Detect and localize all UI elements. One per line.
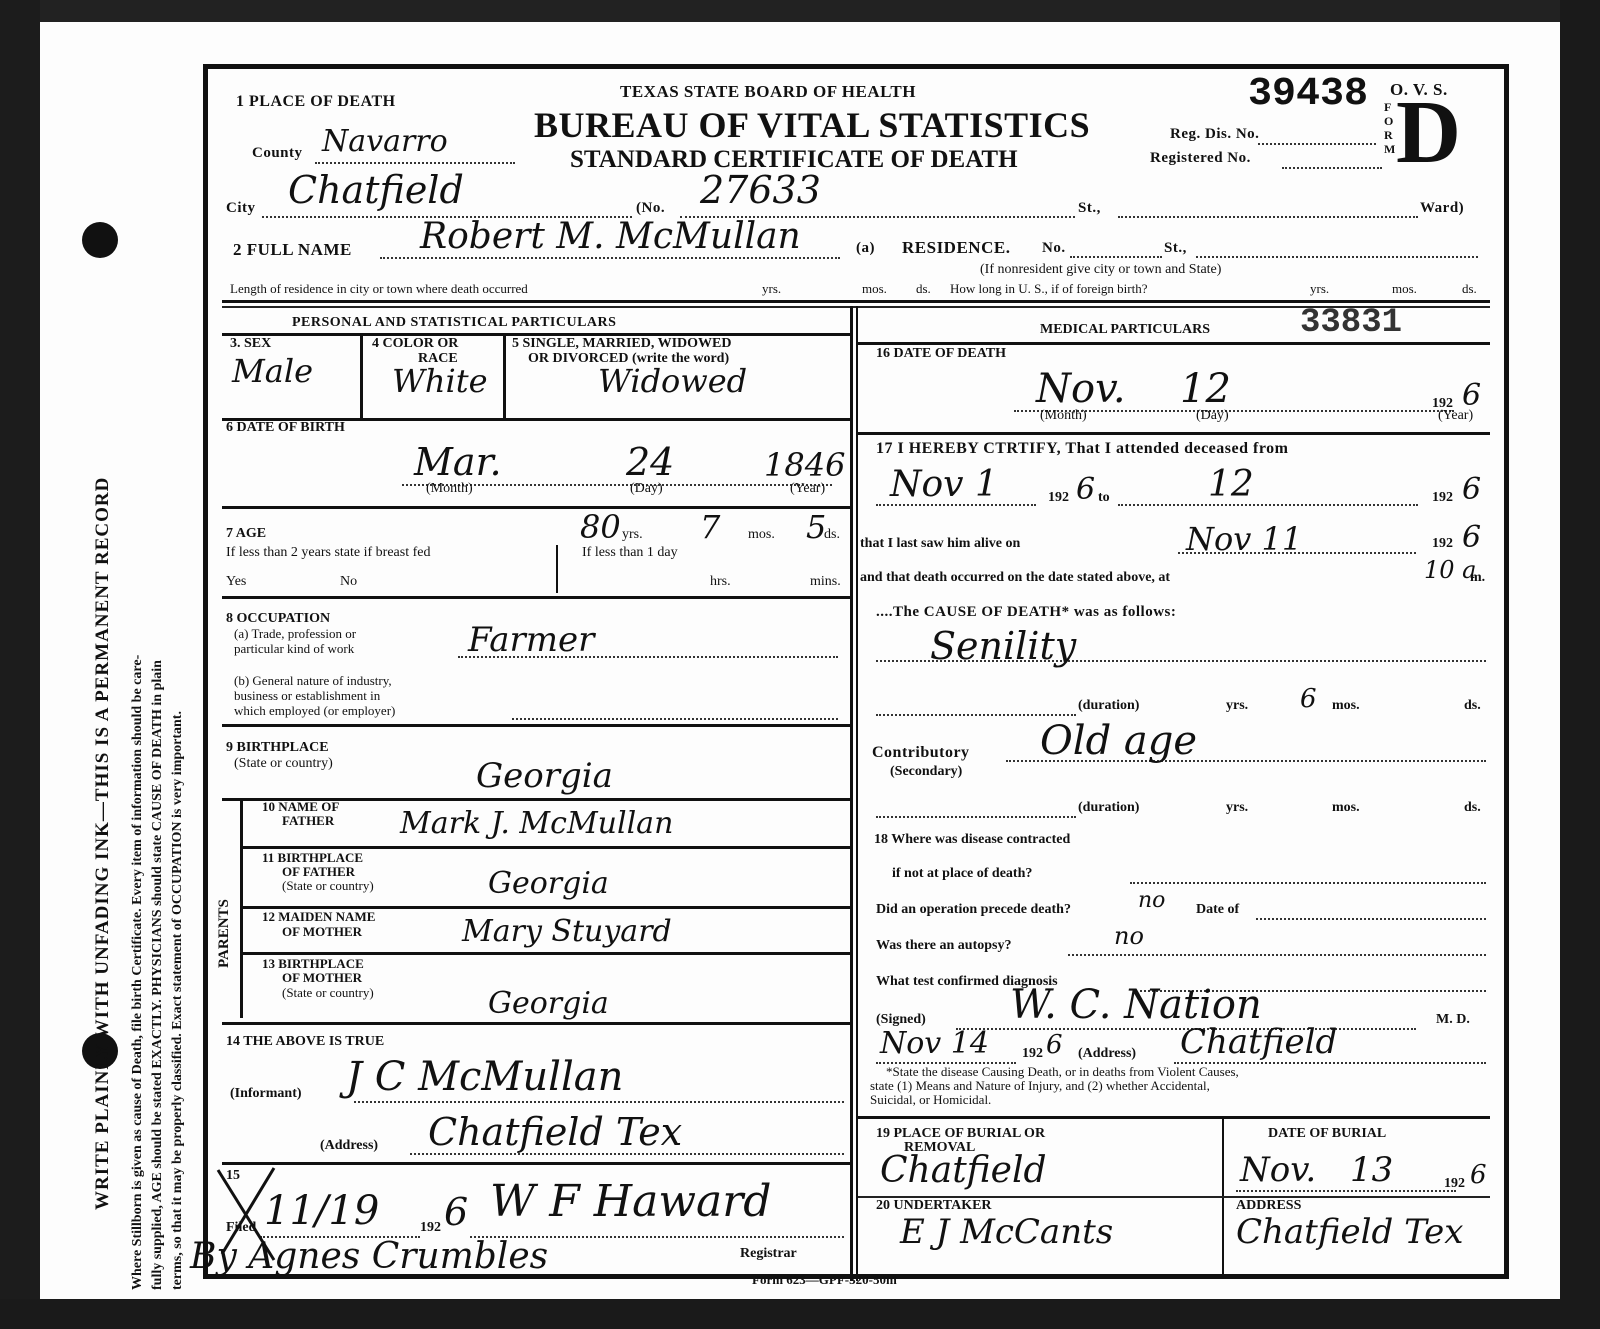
signed-year-prefix: 192 — [1022, 1046, 1043, 1062]
full-name-label: 2 FULL NAME — [233, 240, 352, 260]
death-certificate-scan: WRITE PLAINLY WITH UNFADING INK—THIS IS … — [0, 0, 1600, 1329]
reg-dis-line — [1258, 143, 1376, 145]
sex-value: Male — [232, 352, 313, 390]
yrs-label: yrs. — [1310, 281, 1329, 297]
burial-month: Nov. — [1240, 1150, 1316, 1190]
duration-ds-label-2: ds. — [1464, 800, 1481, 816]
mother-birthplace-label-2: OF MOTHER — [282, 970, 362, 986]
date-of-death-label: 16 DATE OF DEATH — [876, 346, 1006, 362]
duration-label-2: (duration) — [1078, 800, 1139, 816]
burial-divider — [1222, 1118, 1224, 1278]
marital-label: 5 SINGLE, MARRIED, WIDOWED — [512, 336, 732, 352]
industry-line — [512, 718, 838, 720]
column-divider — [856, 306, 858, 1281]
death-time-value: 10 a — [1424, 556, 1476, 584]
agency-title: TEXAS STATE BOARD OF HEALTH — [620, 82, 916, 102]
operation-date-label: Date of — [1196, 902, 1239, 918]
duration-mos-label-2: mos. — [1332, 800, 1360, 816]
death-day-caption: (Day) — [1196, 408, 1229, 424]
dob-label: 6 DATE OF BIRTH — [226, 420, 345, 436]
attended-to-line — [1118, 504, 1418, 506]
divider — [222, 596, 850, 599]
bureau-title: BUREAU OF VITAL STATISTICS — [534, 104, 1090, 146]
mos-label: mos. — [1392, 281, 1417, 297]
cause-of-death-label: ....The CAUSE OF DEATH* was as follows: — [876, 604, 1176, 621]
mother-name-label-2: OF MOTHER — [282, 924, 362, 940]
a-label: (a) — [856, 240, 875, 257]
duration-line — [876, 714, 1076, 716]
reg-dis-value: 39438 — [1248, 72, 1368, 117]
divider — [858, 342, 1490, 345]
registrar-signature: W F Haward — [490, 1176, 771, 1227]
undertaker-value: E J McCants — [900, 1212, 1113, 1252]
death-day: 12 — [1180, 366, 1231, 412]
personal-section-title: PERSONAL AND STATISTICAL PARTICULARS — [292, 315, 616, 331]
death-month: Nov. — [1036, 366, 1126, 412]
contributory-value: Old age — [1040, 718, 1197, 764]
occupation-value: Farmer — [468, 620, 594, 660]
divider — [858, 432, 1490, 435]
scan-border-top — [0, 0, 1600, 22]
mother-name-label: 12 MAIDEN NAME — [262, 909, 375, 925]
death-year-caption: (Year) — [1438, 408, 1473, 424]
occupation-a-label-2: particular kind of work — [234, 641, 354, 657]
sex-label: 3. SEX — [230, 336, 271, 352]
father-birthplace-value: Georgia — [488, 866, 609, 901]
race-value: White — [392, 362, 488, 400]
duration-label: (duration) — [1078, 698, 1139, 714]
burial-day: 13 — [1350, 1150, 1393, 1190]
burial-place-value: Chatfield — [880, 1150, 1047, 1191]
physician-address-label: (Address) — [1078, 1046, 1136, 1062]
industry-label: (b) General nature of industry, — [234, 673, 392, 689]
duration-line-2 — [876, 816, 1076, 818]
industry-label-3: which employed (or employer) — [234, 703, 395, 719]
divider — [222, 724, 850, 727]
father-name-label-2: FATHER — [282, 813, 334, 829]
death-time-suffix: m. — [1470, 570, 1485, 586]
filed-year-value: 6 — [444, 1190, 468, 1234]
duration-yrs-label-2: yrs. — [1226, 800, 1248, 816]
age-mos-label: mos. — [748, 527, 775, 543]
cell-divider — [503, 333, 506, 418]
breastfed-label: If less than 2 years state if breast fed — [226, 545, 430, 561]
burial-date-line — [1236, 1190, 1456, 1192]
undertaker-address-value: Chatfield Tex — [1236, 1212, 1463, 1252]
informant-address-value: Chatfield Tex — [428, 1110, 682, 1154]
no-label: No — [340, 574, 357, 590]
mother-birthplace-label-3: (State or country) — [282, 985, 374, 1001]
nonresident-note: (If nonresident give city or town and St… — [980, 262, 1221, 278]
last-saw-label: that I last saw him alive on — [860, 536, 1020, 552]
death-month-caption: (Month) — [1040, 408, 1087, 424]
ward-line — [1118, 216, 1418, 218]
cross-out-mark — [214, 1164, 284, 1264]
autopsy-label: Was there an autopsy? — [876, 938, 1011, 954]
county-label: County — [252, 145, 303, 162]
attended-from-year: 6 — [1076, 472, 1095, 507]
registered-no-line — [1282, 167, 1382, 169]
side-instruction-main: WRITE PLAINLY WITH UNFADING INK—THIS IS … — [92, 477, 114, 1210]
scan-border-left — [0, 0, 40, 1329]
day-caption: (Day) — [630, 481, 663, 497]
age-ds-label: ds. — [824, 527, 840, 543]
duration-months-value: 6 — [1300, 684, 1317, 714]
parents-label: PARENTS — [216, 899, 233, 968]
informant-address-label: (Address) — [320, 1138, 378, 1154]
city-label: City — [226, 200, 256, 217]
divider — [222, 300, 1490, 303]
signed-year: 6 — [1046, 1030, 1063, 1060]
scan-border-bottom — [0, 1299, 1600, 1329]
informant-value: J C McMullan — [346, 1054, 623, 1100]
residence-label: RESIDENCE. — [902, 238, 1010, 258]
ds-label: ds. — [1462, 281, 1477, 297]
filed-year-prefix: 192 — [420, 1220, 441, 1236]
informant-label: (Informant) — [230, 1086, 302, 1102]
place-of-death-label: 1 PLACE OF DEATH — [236, 93, 396, 111]
secondary-label: (Secondary) — [890, 764, 962, 780]
cell-divider — [360, 333, 363, 418]
father-birthplace-label-3: (State or country) — [282, 878, 374, 894]
marital-value: Widowed — [598, 362, 747, 400]
reg-dis-label: Reg. Dis. No. — [1170, 126, 1259, 143]
divider — [240, 846, 850, 849]
disease-contracted-label: 18 Where was disease contracted — [874, 832, 1070, 848]
foreign-birth-label: How long in U. S., if of foreign birth? — [950, 281, 1148, 297]
operation-label: Did an operation precede death? — [876, 902, 1071, 918]
registrar-label: Registrar — [740, 1246, 797, 1262]
occupation-label: 8 OCCUPATION — [226, 611, 330, 627]
disease-place-line — [1130, 882, 1486, 884]
mother-birthplace-value: Georgia — [488, 986, 609, 1021]
burial-year-prefix: 192 — [1444, 1176, 1465, 1192]
month-caption: (Month) — [426, 481, 473, 497]
ward-label: Ward) — [1420, 200, 1464, 217]
age-years: 80 — [580, 508, 621, 546]
operation-date-line — [1256, 918, 1486, 920]
father-name-value: Mark J. McMullan — [400, 806, 673, 841]
age-months: 7 — [700, 508, 720, 546]
burial-date-label: DATE OF BURIAL — [1268, 1126, 1386, 1142]
form-number: Form 623—GPF-320-50m — [752, 1272, 897, 1288]
form-vertical-label: FORM — [1384, 100, 1396, 156]
contributory-label: Contributory — [872, 744, 970, 762]
autopsy-value: no — [1114, 922, 1144, 950]
occupation-a-label: (a) Trade, profession or — [234, 626, 356, 642]
year-caption: (Year) — [790, 481, 825, 497]
ds-label: ds. — [916, 281, 931, 297]
age-yrs-label: yrs. — [622, 527, 643, 543]
age-label: 7 AGE — [226, 526, 266, 542]
autopsy-line — [1068, 954, 1486, 956]
divider — [222, 1162, 850, 1165]
hrs-label: hrs. — [710, 574, 731, 590]
registered-no-label: Registered No. — [1150, 150, 1251, 167]
duration-ds-label: ds. — [1464, 698, 1481, 714]
city-value: Chatfield — [288, 168, 464, 212]
informant-line — [354, 1101, 844, 1103]
above-true-label: 14 THE ABOVE IS TRUE — [226, 1034, 384, 1050]
footnote-line-3: Suicidal, or Homicidal. — [870, 1092, 991, 1108]
residence-st-line — [1196, 256, 1478, 258]
yrs-label: yrs. — [762, 281, 781, 297]
attended-from-year-prefix: 192 — [1048, 490, 1069, 506]
full-name-line — [380, 257, 840, 259]
divider — [222, 1022, 850, 1025]
operation-value: no — [1138, 888, 1165, 913]
column-divider — [850, 306, 853, 1281]
yes-label: Yes — [226, 574, 246, 590]
mins-label: mins. — [810, 574, 841, 590]
less-day-label: If less than 1 day — [582, 545, 678, 561]
attended-to: 12 — [1208, 464, 1254, 505]
residence-no-line — [1070, 256, 1162, 258]
burial-year: 6 — [1470, 1160, 1487, 1190]
birthplace-sub-label: (State or country) — [234, 756, 333, 772]
divider — [240, 952, 850, 955]
industry-label-2: business or establishment in — [234, 688, 380, 704]
death-time-label: and that death occurred on the date stat… — [860, 570, 1170, 586]
not-place-of-death-label: if not at place of death? — [892, 866, 1032, 882]
duration-mos-label: mos. — [1332, 698, 1360, 714]
dob-year: 1846 — [764, 446, 845, 484]
street-no-value: 27633 — [700, 168, 821, 212]
st-label: St., — [1078, 200, 1101, 217]
certify-label: 17 I HEREBY CTRTIFY, That I attended dec… — [876, 440, 1288, 458]
full-name-value: Robert M. McMullan — [420, 216, 801, 257]
residence-st-label: St., — [1164, 240, 1187, 257]
county-line — [315, 162, 515, 164]
street-no-label: (No. — [636, 200, 665, 217]
cause-of-death-value: Senility — [930, 624, 1076, 668]
divider — [222, 506, 850, 509]
side-instruction-line: terms, so that it may be properly classi… — [170, 711, 186, 1290]
birthplace-label: 9 BIRTHPLACE — [226, 740, 329, 756]
duration-yrs-label: yrs. — [1226, 698, 1248, 714]
scan-border-right — [1560, 0, 1600, 1329]
attended-to-year-prefix: 192 — [1432, 490, 1453, 506]
residence-no-label: No. — [1042, 240, 1066, 257]
attended-from: Nov 1 — [890, 464, 998, 505]
last-saw-year-prefix: 192 — [1432, 536, 1453, 552]
form-code-d: D — [1396, 88, 1461, 178]
attended-to-year: 6 — [1462, 472, 1481, 507]
dob-day: 24 — [626, 440, 674, 484]
physician-address-value: Chatfield — [1180, 1022, 1337, 1062]
mother-name-value: Mary Stuyard — [462, 914, 672, 949]
md-label: M. D. — [1436, 1012, 1470, 1028]
last-saw-value: Nov 11 — [1186, 520, 1302, 558]
length-residence-label: Length of residence in city or town wher… — [230, 281, 528, 297]
side-instruction-line: Where Stillborn is given as cause of Dea… — [130, 655, 146, 1290]
medical-stamp-number: 33831 — [1300, 304, 1402, 342]
last-saw-year: 6 — [1462, 520, 1481, 555]
county-value: Navarro — [322, 124, 448, 159]
mos-label: mos. — [862, 281, 887, 297]
divider — [858, 1116, 1490, 1119]
side-instruction-line: fully supplied, AGE should be stated EXA… — [150, 660, 166, 1290]
dob-month: Mar. — [414, 440, 502, 484]
to-label: to — [1098, 490, 1110, 506]
medical-section-title: MEDICAL PARTICULARS — [1040, 322, 1210, 338]
cell-divider — [556, 545, 558, 593]
punch-hole-top — [82, 222, 118, 258]
birthplace-value: Georgia — [476, 756, 613, 796]
signed-date: Nov 14 — [880, 1026, 989, 1061]
color-label: 4 COLOR OR — [372, 336, 458, 352]
